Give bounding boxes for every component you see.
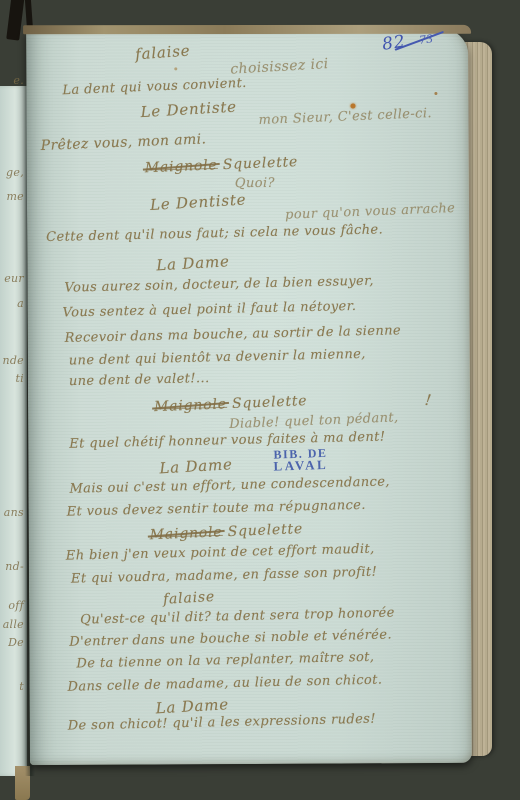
line-text: Quoi?: [235, 176, 275, 191]
binding-thread: [6, 0, 25, 41]
verse-line: Cette dent qu'il nous faut; si cela ne v…: [46, 222, 383, 245]
speaker-heading: La Dame: [156, 252, 230, 274]
text-fragment: ti: [0, 372, 24, 385]
text-fragment: off: [0, 599, 24, 612]
text-fragment: a: [0, 297, 24, 310]
speaker-heading: falaise: [135, 41, 191, 63]
line-text: falaise: [163, 589, 216, 608]
line-text: Et qui voudra, madame, en fasse son prof…: [71, 565, 378, 587]
line-text: une dent qui bientôt va devenir la mienn…: [69, 347, 366, 369]
verse-line: Et vous devez sentir toute ma répugnance…: [66, 498, 366, 520]
line-text: falaise: [135, 41, 191, 63]
verse-line: Qu'est-ce qu'il dit? ta dent sera trop h…: [80, 605, 395, 627]
line-text: Le Dentiste: [150, 191, 247, 215]
speaker-heading: Le Dentiste: [150, 191, 247, 215]
speaker-heading: Maignole Squelette: [149, 521, 303, 543]
speaker-heading: falaise: [163, 589, 216, 608]
verse-line: D'entrer dans une bouche si noble et vén…: [69, 627, 392, 649]
manuscript-page: 82 73 BIB. DE LAVAL falaisechoisissez ic…: [26, 29, 472, 765]
manuscript-photo: e.ge,meeurandetiansnd-offalleDet 82 73 B…: [0, 0, 520, 800]
line-text: La Dame: [159, 455, 233, 477]
verse-line: choisissez ici: [230, 56, 329, 78]
line-text: La Dame: [156, 252, 230, 274]
verse-line: une dent de valet!...: [69, 371, 210, 389]
line-text: choisissez ici: [230, 56, 329, 78]
verse-line: Eh bien j'en veux point de cet effort ma…: [66, 542, 375, 564]
verse-line: Prêtez vous, mon ami.: [40, 131, 206, 154]
line-text: La dent qui vous convient.: [62, 76, 247, 98]
text-fragment: nde: [0, 354, 24, 367]
text-fragment: me: [0, 190, 24, 203]
line-text: une dent de valet!...: [69, 371, 210, 389]
text-fragment: ge,: [0, 166, 24, 179]
line-text: De son chicot! qu'il a les expressions r…: [68, 712, 377, 734]
line-text: !: [424, 391, 433, 410]
verse-line: mon Sieur, C'est celle-ci.: [258, 106, 432, 128]
verse-line: De son chicot! qu'il a les expressions r…: [68, 712, 377, 734]
text-fragment: eur: [0, 272, 24, 285]
line-text: Mais oui c'est un effort, une condescend…: [69, 474, 390, 496]
line-text: Eh bien j'en veux point de cet effort ma…: [66, 542, 375, 564]
text-fragment: ans: [0, 506, 24, 519]
line-text: mon Sieur, C'est celle-ci.: [258, 106, 432, 128]
speaker-heading: La Dame: [159, 455, 233, 477]
speaker-heading: Maignole Squelette: [145, 154, 299, 176]
line-text: pour qu'on vous arrache: [285, 201, 456, 223]
verse-line: Et qui voudra, madame, en fasse son prof…: [71, 565, 378, 587]
text-fragment: alle: [0, 618, 24, 631]
verse-line: Dans celle de madame, au lieu de son chi…: [67, 673, 382, 695]
speaker-heading: Maignole Squelette: [154, 393, 308, 415]
line-text: Vous sentez à quel point il faut la néto…: [62, 299, 356, 321]
line-text: Prêtez vous, mon ami.: [40, 131, 206, 154]
line-text: Vous aurez soin, docteur, de la bien ess…: [64, 274, 374, 296]
verse-line: Recevoir dans ma bouche, au sortir de la…: [65, 323, 402, 346]
verse-line: Vous sentez à quel point il faut la néto…: [62, 299, 356, 321]
line-text: Squelette: [227, 521, 303, 540]
line-text: Dans celle de madame, au lieu de son chi…: [67, 673, 382, 695]
struck-word: Maignole: [145, 157, 218, 176]
verse-line: !: [424, 391, 433, 410]
line-text: La Dame: [155, 695, 229, 717]
line-text: De ta tienne on la va replanter, maître …: [76, 650, 374, 672]
struck-word: Maignole: [149, 524, 222, 543]
line-text: Et quel chétif honneur vous faites à ma …: [69, 430, 386, 452]
line-text: Le Dentiste: [140, 98, 237, 122]
line-text: Squelette: [232, 393, 308, 412]
verse-line: La dent qui vous convient.: [62, 76, 247, 98]
line-text: Squelette: [222, 154, 298, 173]
line-text: Recevoir dans ma bouche, au sortir de la…: [65, 323, 402, 346]
text-fragment: t: [0, 680, 24, 693]
speaker-heading: Le Dentiste: [140, 98, 237, 122]
verse-line: Quoi?: [235, 176, 275, 191]
verse-line: une dent qui bientôt va devenir la mienn…: [69, 347, 366, 369]
line-text: Qu'est-ce qu'il dit? ta dent sera trop h…: [80, 605, 395, 627]
text-fragment: De: [0, 636, 24, 649]
speaker-heading: La Dame: [155, 695, 229, 717]
verse-line: Mais oui c'est un effort, une condescend…: [69, 474, 390, 496]
verse-line: pour qu'on vous arrache: [285, 201, 456, 223]
text-fragment: e.: [0, 74, 24, 87]
struck-word: Maignole: [154, 396, 227, 415]
verse-line: Vous aurez soin, docteur, de la bien ess…: [64, 274, 374, 296]
line-text: D'entrer dans une bouche si noble et vén…: [69, 627, 392, 649]
line-text: Cette dent qu'il nous faut; si cela ne v…: [46, 222, 383, 245]
line-text: Et vous devez sentir toute ma répugnance…: [66, 498, 366, 520]
verse-line: Et quel chétif honneur vous faites à ma …: [69, 430, 386, 452]
verse-line: De ta tienne on la va replanter, maître …: [76, 650, 374, 672]
text-fragment: nd-: [0, 560, 24, 573]
manuscript-text: falaisechoisissez iciLa dent qui vous co…: [26, 29, 472, 765]
